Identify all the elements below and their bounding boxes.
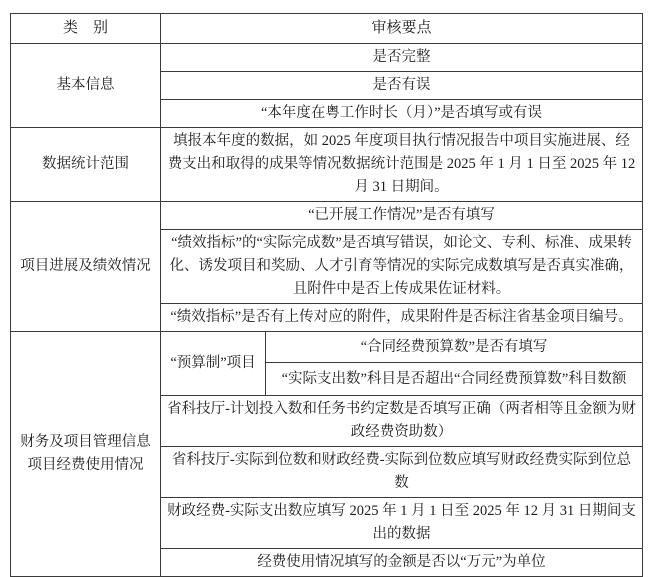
review-point: “合同经费预算数”是否有填写 (266, 332, 643, 363)
review-point: 经费使用情况填写的金额是否以“万元”为单位 (161, 549, 643, 577)
review-point: 填报本年度的数据，如 2025 年度项目执行情况报告中项目实施进展、经费支出和取… (161, 128, 643, 202)
category-basic-info: 基本信息 (11, 44, 161, 128)
header-category: 类 别 (11, 14, 161, 44)
review-point: “本年度在粤工作时长（月）”是否填写或有误 (161, 100, 643, 128)
review-point: 省科技厅-实际到位数和财政经费-实际到位数应填写财政经费实际到位总数 (161, 447, 643, 498)
table-row: 财务及项目管理信息项目经费使用情况 “预算制”项目 “合同经费预算数”是否有填写 (11, 332, 643, 363)
review-point: 省科技厅-计划投入数和任务书约定数是否填写正确（两者相等且金额为财政经费资助数） (161, 396, 643, 447)
category-data-scope: 数据统计范围 (11, 128, 161, 202)
table-row: 基本信息 是否完整 (11, 44, 643, 72)
table-row: 项目进展及绩效情况 “已开展工作情况”是否有填写 (11, 202, 643, 230)
header-review-points: 审核要点 (161, 14, 643, 44)
table-row: 数据统计范围 填报本年度的数据，如 2025 年度项目执行情况报告中项目实施进展… (11, 128, 643, 202)
category-progress-performance: 项目进展及绩效情况 (11, 202, 161, 332)
table-header-row: 类 别 审核要点 (11, 14, 643, 44)
category-finance-management: 财务及项目管理信息项目经费使用情况 (11, 332, 161, 577)
review-point: “绩效指标”是否有上传对应的附件，成果附件是否标注省基金项目编号。 (161, 304, 643, 332)
document-page: 类 别 审核要点 基本信息 是否完整 是否有误 “本年度在粤工作时长（月）”是否… (0, 0, 650, 557)
subgroup-budget-system: “预算制”项目 (161, 332, 266, 396)
review-point: “绩效指标”的“实际完成数”是否填写错误，如论文、专利、标准、成果转化、诱发项目… (161, 230, 643, 304)
review-point: “实际支出数”科目是否超出“合同经费预算数”科目数额 (266, 363, 643, 396)
review-points-table: 类 别 审核要点 基本信息 是否完整 是否有误 “本年度在粤工作时长（月）”是否… (10, 13, 643, 577)
review-point: “已开展工作情况”是否有填写 (161, 202, 643, 230)
review-point: 是否完整 (161, 44, 643, 72)
review-point: 是否有误 (161, 72, 643, 100)
review-point: 财政经费-实际支出数应填写 2025 年 1 月 1 日至 2025 年 12 … (161, 498, 643, 549)
